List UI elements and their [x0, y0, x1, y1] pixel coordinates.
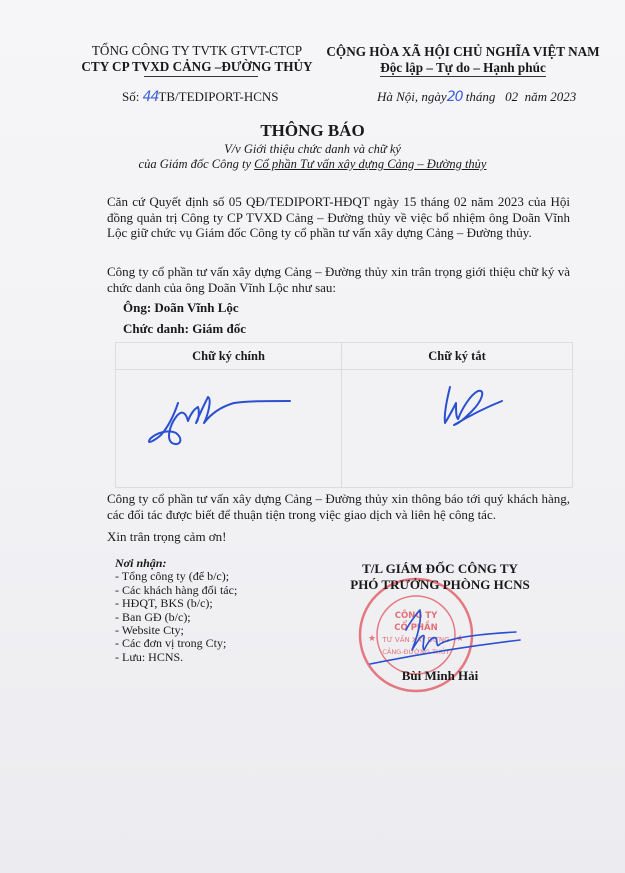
header-right: CỘNG HÒA XÃ HỘI CHỦ NGHĨA VIỆT NAM Độc l… — [318, 44, 608, 75]
header-left-rule — [144, 76, 258, 77]
main-signature-icon — [116, 343, 341, 487]
person-name: Ông: Doãn Vĩnh Lộc — [123, 300, 239, 316]
signer-signature-icon — [360, 600, 540, 670]
signature-table: Chữ ký chính Chữ ký tắt — [115, 342, 573, 488]
date-prefix: Hà Nội, ngày — [377, 89, 447, 104]
doc-title: THÔNG BÁO — [0, 121, 625, 141]
doc-date: Hà Nội, ngày20 tháng 02 năm 2023 — [377, 89, 576, 105]
recipient-item: - HĐQT, BKS (b/c); — [115, 597, 237, 610]
short-signature-icon — [342, 343, 572, 487]
parent-org: TỔNG CÔNG TY TVTK GTVT-CTCP — [62, 43, 332, 59]
company-name: CTY CP TVXD CẢNG –ĐƯỜNG THỦY — [62, 59, 332, 74]
person-title: Chức danh: Giám đốc — [123, 321, 246, 337]
document-page: TỔNG CÔNG TY TVTK GTVT-CTCP CTY CP TVXD … — [0, 0, 625, 873]
doc-number-handwritten: 44 — [143, 89, 159, 105]
signer-block: T/L GIÁM ĐỐC CÔNG TY PHÓ TRƯỞNG PHÒNG HC… — [310, 561, 570, 593]
subject-line-2: của Giám đốc Công ty Cổ phần Tư vấn xây … — [0, 157, 625, 172]
motto: Độc lập – Tự do – Hạnh phúc — [380, 60, 546, 77]
recipients: Nơi nhận: - Tổng công ty (để b/c); - Các… — [115, 557, 237, 664]
paragraph-thanks: Xin trân trọng cảm ơn! — [107, 529, 227, 545]
recipient-item: - Lưu: HCNS. — [115, 651, 237, 664]
recipient-item: - Tổng công ty (để b/c); — [115, 570, 237, 583]
date-day-handwritten: 20 — [447, 89, 463, 105]
main-signature-cell: Chữ ký chính — [116, 343, 342, 487]
recipient-item: - Ban GĐ (b/c); — [115, 611, 237, 624]
short-signature-cell: Chữ ký tắt — [342, 343, 572, 487]
paragraph-basis: Căn cứ Quyết định số 05 QĐ/TEDIPORT-HĐQT… — [107, 194, 570, 241]
signer-line-2: PHÓ TRƯỞNG PHÒNG HCNS — [310, 577, 570, 593]
recipient-item: - Các khách hàng đối tác; — [115, 584, 237, 597]
subject-line-2a: của Giám đốc Công ty — [139, 157, 255, 171]
doc-number-prefix: Số: — [122, 89, 143, 104]
signer-name: Bùi Minh Hải — [310, 668, 570, 684]
date-rest: tháng 02 năm 2023 — [463, 89, 577, 104]
subject-line-2b: Cổ phần Tư vấn xây dựng Cảng – Đường thủ… — [254, 157, 486, 171]
signer-line-1: T/L GIÁM ĐỐC CÔNG TY — [310, 561, 570, 577]
recipients-title: Nơi nhận: — [115, 557, 237, 570]
doc-number-suffix: TB/TEDIPORT-HCNS — [158, 89, 278, 104]
nation-title: CỘNG HÒA XÃ HỘI CHỦ NGHĨA VIỆT NAM — [318, 44, 608, 60]
subject-line-1: V/v Giới thiệu chức danh và chữ ký — [0, 142, 625, 157]
paragraph-intro: Công ty cổ phần tư vấn xây dựng Cảng – Đ… — [107, 264, 570, 295]
doc-number: Số: 44TB/TEDIPORT-HCNS — [122, 89, 279, 105]
header-left: TỔNG CÔNG TY TVTK GTVT-CTCP CTY CP TVXD … — [62, 43, 332, 77]
recipient-item: - Các đơn vị trong Cty; — [115, 637, 237, 650]
paragraph-notice: Công ty cổ phần tư vấn xây dựng Cảng – Đ… — [107, 491, 570, 522]
recipient-item: - Website Cty; — [115, 624, 237, 637]
